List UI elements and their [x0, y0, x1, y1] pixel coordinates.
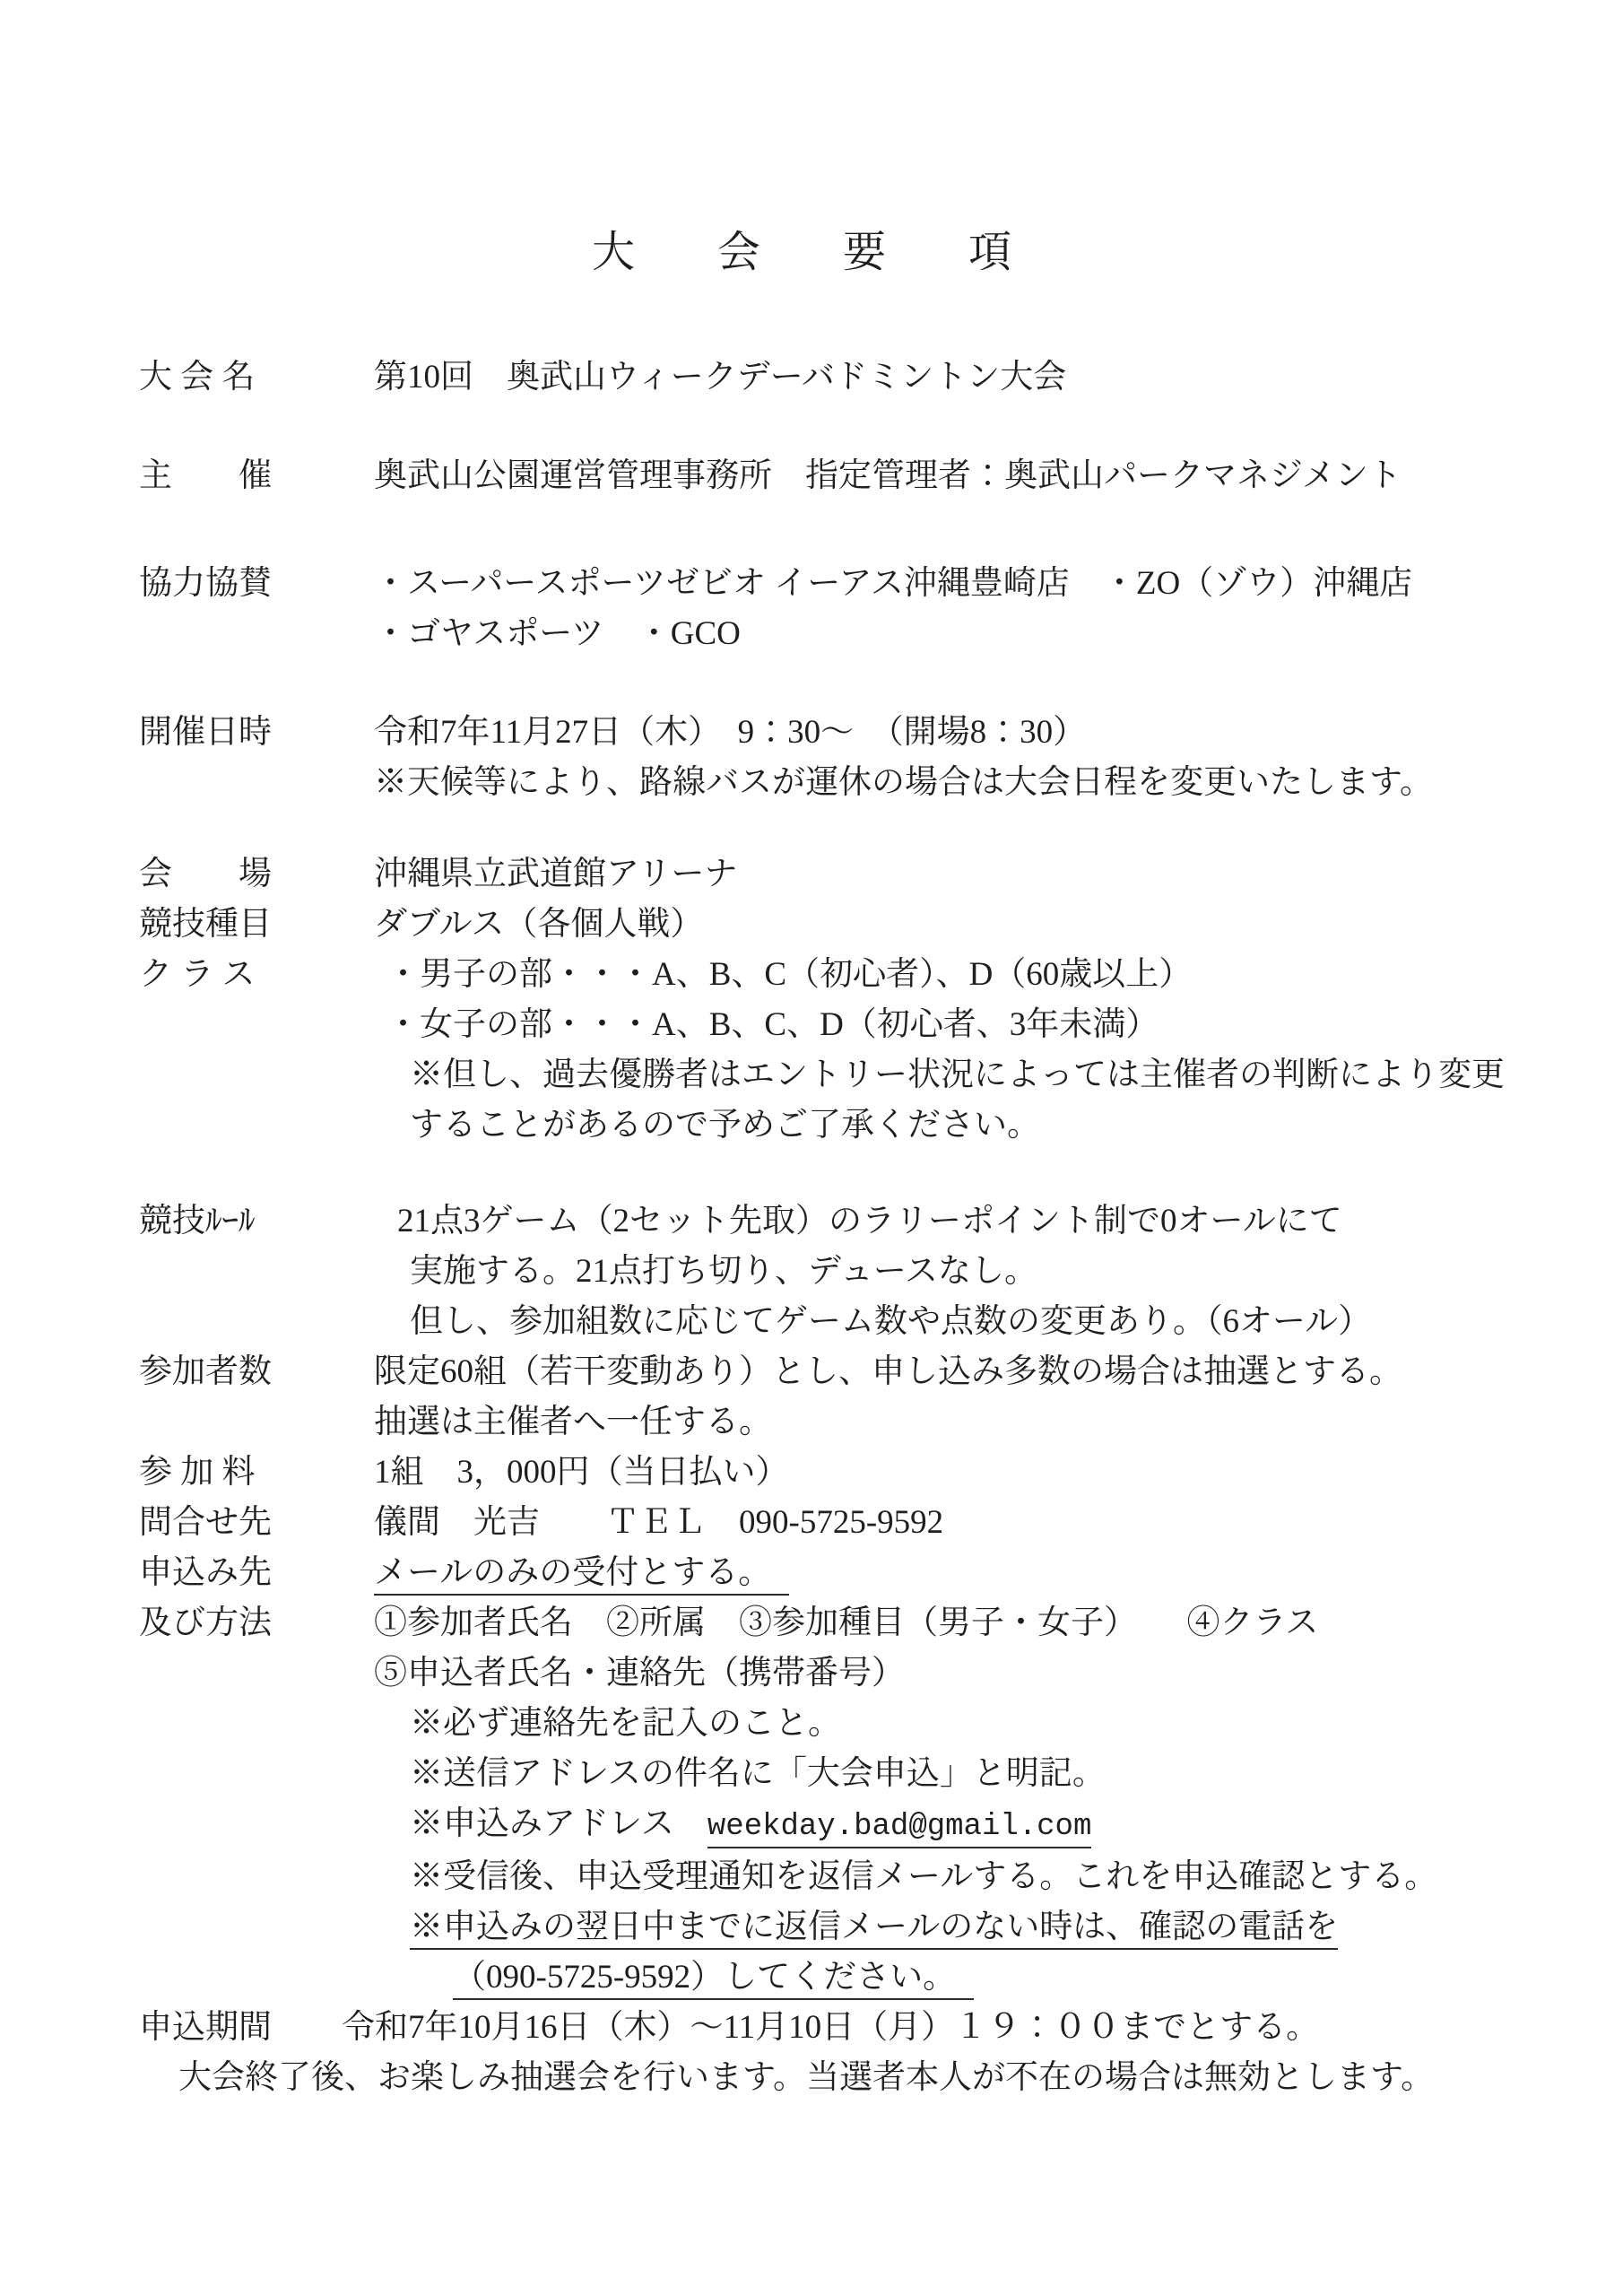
field-content-fee: 1組 3，000円（当日払い）: [374, 1448, 789, 1498]
row-rules: 競技ﾙｰﾙ 21点3ゲーム（2セット先取）のラリーポイント制で0オールにて 実施…: [139, 1196, 1623, 1347]
participants-line-2: 抽選は主催者へ一任する。: [374, 1397, 1402, 1448]
field-content-apply-to: メールのみの受付とする。: [374, 1548, 789, 1598]
field-label-tournament-name: 大 会 名: [139, 352, 273, 403]
row-venue: 会 場 沖縄県立武道館アリーナ: [139, 849, 1623, 900]
fee-value: 1組 3，000円（当日払い）: [374, 1448, 789, 1498]
sponsors-line-1: ・スーパースポーツゼビオ イーアス沖縄豊崎店 ・ZO（ゾウ）沖縄店: [374, 559, 1412, 609]
field-content-host: 奥武山公園運営管理事務所 指定管理者：奥武山パークマネジメント: [374, 451, 1402, 501]
field-content-contact: 儀間 光吉 ＴＥＬ 090-5725-9592: [374, 1498, 943, 1548]
row-event-type: 競技種目 ダブルス（各個人戦）: [139, 900, 1623, 950]
rules-line-3: 但し、参加組数に応じてゲーム数や点数の変更あり。（6オール）: [410, 1297, 1371, 1347]
document-body: 大 会 名 第10回 奥武山ウィークデーバドミントン大会 主 催 奥武山公園運営…: [0, 352, 1623, 2103]
field-content-datetime: 令和7年11月27日（木） 9：30～ （開場8：30） ※天候等により、路線バ…: [374, 708, 1433, 808]
field-label-contact: 問合せ先: [139, 1498, 273, 1548]
row-tournament-name: 大 会 名 第10回 奥武山ウィークデーバドミントン大会: [139, 352, 1623, 403]
classes-mens: ・男子の部・・・A、B、C（初心者）、D（60歳以上）: [386, 950, 1505, 1000]
method-note-subject: ※送信アドレスの件名に「大会申込」と明記。: [410, 1749, 1437, 1799]
method-note-phone-1: ※申込みの翌日中までに返信メールのない時は、確認の電話を: [410, 1902, 1437, 1952]
document-page: 大 会 要 項 大 会 名 第10回 奥武山ウィークデーバドミントン大会 主 催…: [0, 0, 1623, 2296]
lottery-note: 大会終了後、お楽しみ抽選会を行います。当選者本人が不在の場合は無効とします。: [178, 2053, 1623, 2103]
field-label-sponsors: 協力協賛: [139, 559, 273, 609]
row-classes: ク ラ ス ・男子の部・・・A、B、C（初心者）、D（60歳以上） ・女子の部・…: [139, 950, 1623, 1151]
field-content-tournament-name: 第10回 奥武山ウィークデーバドミントン大会: [374, 352, 1066, 403]
field-content-apply-period: 令和7年10月16日（木）～11月10日（月）１９：００までとする。: [342, 2003, 1319, 2053]
row-datetime: 開催日時 令和7年11月27日（木） 9：30～ （開場8：30） ※天候等によ…: [139, 708, 1623, 808]
row-apply-to: 申込み先 メールのみの受付とする。: [139, 1548, 1623, 1598]
field-content-sponsors: ・スーパースポーツゼビオ イーアス沖縄豊崎店 ・ZO（ゾウ）沖縄店 ・ゴヤスポー…: [374, 559, 1412, 659]
rules-line-1: 21点3ゲーム（2セット先取）のラリーポイント制で0オールにて: [397, 1196, 1371, 1247]
method-note-reply: ※受信後、申込受理通知を返信メールする。これを申込確認とする。: [410, 1852, 1437, 1902]
row-fee: 参 加 料 1組 3，000円（当日払い）: [139, 1448, 1623, 1498]
host-value: 奥武山公園運営管理事務所 指定管理者：奥武山パークマネジメント: [374, 451, 1402, 501]
field-label-apply-method: 及び方法: [139, 1598, 273, 1648]
apply-period-value: 令和7年10月16日（木）～11月10日（月）１９：００までとする。: [342, 2003, 1319, 2053]
method-items-1: ①参加者氏名 ②所属 ③参加種目（男子・女子） ④クラス: [374, 1598, 1437, 1648]
row-contact: 問合せ先 儀間 光吉 ＴＥＬ 090-5725-9592: [139, 1498, 1623, 1548]
field-content-rules: 21点3ゲーム（2セット先取）のラリーポイント制で0オールにて 実施する。21点…: [374, 1196, 1371, 1347]
sponsors-line-2: ・ゴヤスポーツ ・GCO: [374, 609, 1412, 659]
classes-womens: ・女子の部・・・A、B、C、D（初心者、3年未満）: [386, 1000, 1505, 1050]
field-label-host: 主 催: [139, 451, 273, 501]
field-label-participants: 参加者数: [139, 1347, 273, 1397]
row-participants: 参加者数 限定60組（若干変動あり）とし、申し込み多数の場合は抽選とする。 抽選…: [139, 1347, 1623, 1448]
field-label-apply-to: 申込み先: [139, 1548, 273, 1598]
apply-to-underlined-text: メールのみの受付とする。: [374, 1554, 789, 1596]
field-content-classes: ・男子の部・・・A、B、C（初心者）、D（60歳以上） ・女子の部・・・A、B、…: [374, 950, 1505, 1151]
field-label-event-type: 競技種目: [139, 900, 273, 950]
field-label-venue: 会 場: [139, 849, 273, 900]
method-email-prefix: ※申込みアドレス: [410, 1805, 707, 1842]
row-apply-method: 及び方法 ①参加者氏名 ②所属 ③参加種目（男子・女子） ④クラス ⑤申込者氏名…: [139, 1598, 1623, 2003]
datetime-value: 令和7年11月27日（木） 9：30～ （開場8：30）: [374, 708, 1433, 758]
row-apply-period: 申込期間 令和7年10月16日（木）～11月10日（月）１９：００までとする。: [139, 2003, 1623, 2053]
contact-value: 儀間 光吉 ＴＥＬ 090-5725-9592: [374, 1498, 943, 1548]
field-label-apply-period: 申込期間: [139, 2003, 273, 2053]
method-items-2: ⑤申込者氏名・連絡先（携帯番号）: [374, 1648, 1437, 1699]
apply-to-line: メールのみの受付とする。: [374, 1548, 789, 1598]
method-email-line: ※申込みアドレス weekday.bad@gmail.com: [410, 1799, 1437, 1852]
method-email-address: weekday.bad@gmail.com: [707, 1810, 1091, 1848]
field-content-participants: 限定60組（若干変動あり）とし、申し込み多数の場合は抽選とする。 抽選は主催者へ…: [374, 1347, 1402, 1448]
field-label-rules: 競技ﾙｰﾙ: [139, 1196, 273, 1247]
datetime-weather-note: ※天候等により、路線バスが運休の場合は大会日程を変更いたします。: [374, 758, 1433, 808]
participants-line-1: 限定60組（若干変動あり）とし、申し込み多数の場合は抽選とする。: [374, 1347, 1402, 1397]
row-sponsors: 協力協賛 ・スーパースポーツゼビオ イーアス沖縄豊崎店 ・ZO（ゾウ）沖縄店 ・…: [139, 559, 1623, 659]
rules-line-2: 実施する。21点打ち切り、デュースなし。: [410, 1247, 1371, 1297]
page-title: 大 会 要 項: [0, 226, 1623, 280]
event-type-value: ダブルス（各個人戦）: [374, 900, 703, 950]
classes-note-2: することがあるので予めご了承ください。: [410, 1100, 1505, 1151]
field-content-apply-method: ①参加者氏名 ②所属 ③参加種目（男子・女子） ④クラス ⑤申込者氏名・連絡先（…: [374, 1598, 1437, 2003]
tournament-name-value: 第10回 奥武山ウィークデーバドミントン大会: [374, 352, 1066, 403]
venue-value: 沖縄県立武道館アリーナ: [374, 849, 738, 900]
field-content-venue: 沖縄県立武道館アリーナ: [374, 849, 738, 900]
field-label-fee: 参 加 料: [139, 1448, 273, 1498]
field-label-classes: ク ラ ス: [139, 950, 273, 1000]
method-note-contact: ※必ず連絡先を記入のこと。: [410, 1699, 1437, 1749]
method-underlined-2: （090-5725-9592）してください。: [453, 1959, 974, 2000]
method-note-phone-2: （090-5725-9592）してください。: [453, 1952, 1437, 2003]
field-content-event-type: ダブルス（各個人戦）: [374, 900, 703, 950]
classes-note-1: ※但し、過去優勝者はエントリー状況によっては主催者の判断により変更: [410, 1050, 1505, 1100]
row-host: 主 催 奥武山公園運営管理事務所 指定管理者：奥武山パークマネジメント: [139, 451, 1623, 501]
field-label-datetime: 開催日時: [139, 708, 273, 758]
method-underlined-1: ※申込みの翌日中までに返信メールのない時は、確認の電話を: [410, 1909, 1338, 1950]
